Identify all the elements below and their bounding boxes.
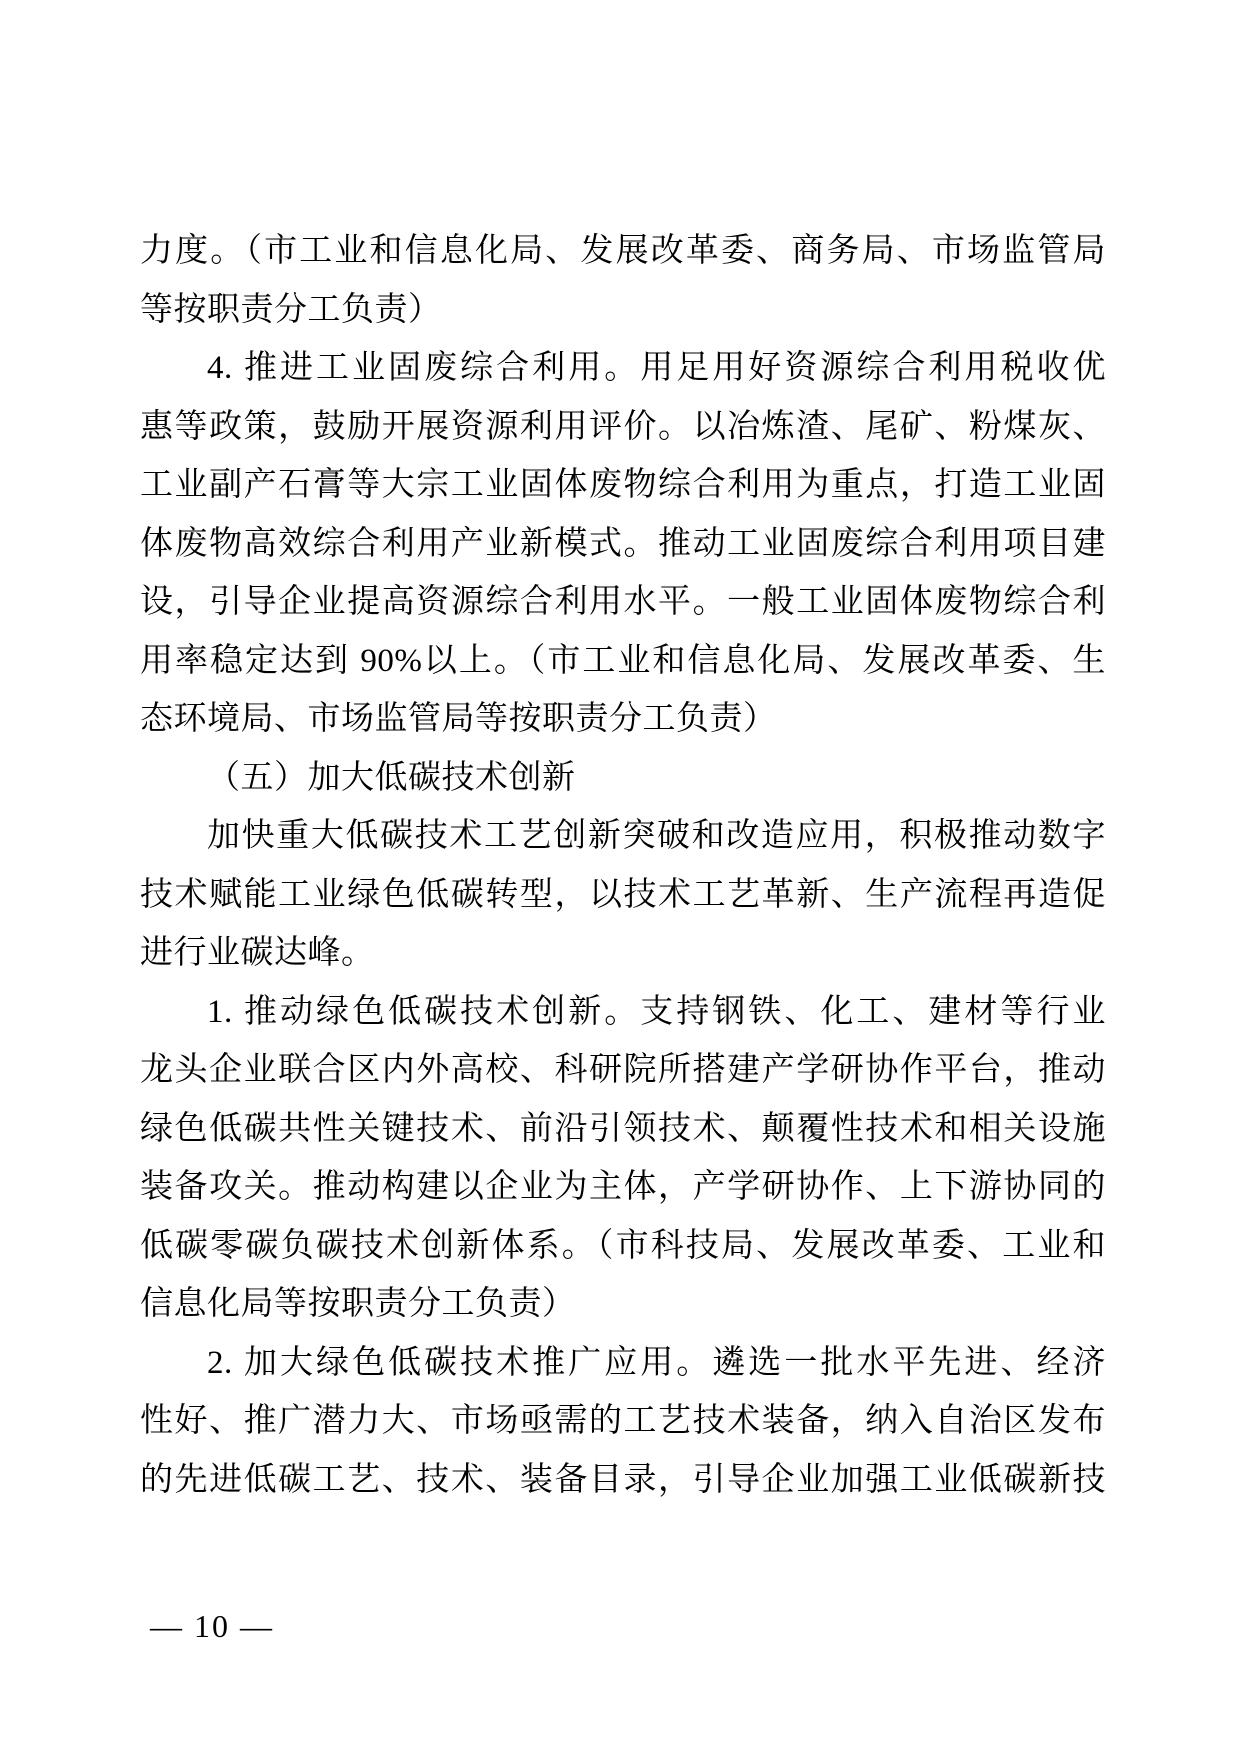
text-line: 态环境局、市场监管局等按职责分工负责） <box>140 690 1106 749</box>
document-page: 力度。（市工业和信息化局、发展改革委、商务局、市场监管局等按职责分工负责）4. … <box>0 0 1241 1755</box>
text-line: 2. 加大绿色低碳技术推广应用。遴选一批水平先进、经济 <box>140 1334 1106 1393</box>
page-number: — 10 — <box>150 1606 274 1646</box>
text-line: 进行业碳达峰。 <box>140 924 1106 983</box>
text-line: 加快重大低碳技术工艺创新突破和改造应用，积极推动数字 <box>140 807 1106 866</box>
text-line: 装备攻关。推动构建以企业为主体，产学研协作、上下游协同的 <box>140 1158 1106 1217</box>
text-line: 龙头企业联合区内外高校、科研院所搭建产学研协作平台，推动 <box>140 1041 1106 1100</box>
text-line: 信息化局等按职责分工负责） <box>140 1275 1106 1334</box>
document-body: 力度。（市工业和信息化局、发展改革委、商务局、市场监管局等按职责分工负责）4. … <box>140 222 1106 1509</box>
text-line: 1. 推动绿色低碳技术创新。支持钢铁、化工、建材等行业 <box>140 983 1106 1042</box>
text-line: 技术赋能工业绿色低碳转型，以技术工艺革新、生产流程再造促 <box>140 866 1106 925</box>
text-line: 低碳零碳负碳技术创新体系。（市科技局、发展改革委、工业和 <box>140 1217 1106 1276</box>
text-line: 工业副产石膏等大宗工业固体废物综合利用为重点，打造工业固 <box>140 456 1106 515</box>
text-line: 用率稳定达到 90%以上。（市工业和信息化局、发展改革委、生 <box>140 632 1106 691</box>
section-heading: （五）加大低碳技术创新 <box>140 749 1106 808</box>
text-line: 设，引导企业提高资源综合利用水平。一般工业固体废物综合利 <box>140 573 1106 632</box>
text-line: 绿色低碳共性关键技术、前沿引领技术、颠覆性技术和相关设施 <box>140 1100 1106 1159</box>
text-line: 等按职责分工负责） <box>140 281 1106 340</box>
text-line: 的先进低碳工艺、技术、装备目录，引导企业加强工业低碳新技 <box>140 1451 1106 1510</box>
text-line: 体废物高效综合利用产业新模式。推动工业固废综合利用项目建 <box>140 515 1106 574</box>
text-line: 惠等政策，鼓励开展资源利用评价。以冶炼渣、尾矿、粉煤灰、 <box>140 398 1106 457</box>
text-line: 性好、推广潜力大、市场亟需的工艺技术装备，纳入自治区发布 <box>140 1392 1106 1451</box>
text-line: 4. 推进工业固废综合利用。用足用好资源综合利用税收优 <box>140 339 1106 398</box>
text-line: 力度。（市工业和信息化局、发展改革委、商务局、市场监管局 <box>140 222 1106 281</box>
